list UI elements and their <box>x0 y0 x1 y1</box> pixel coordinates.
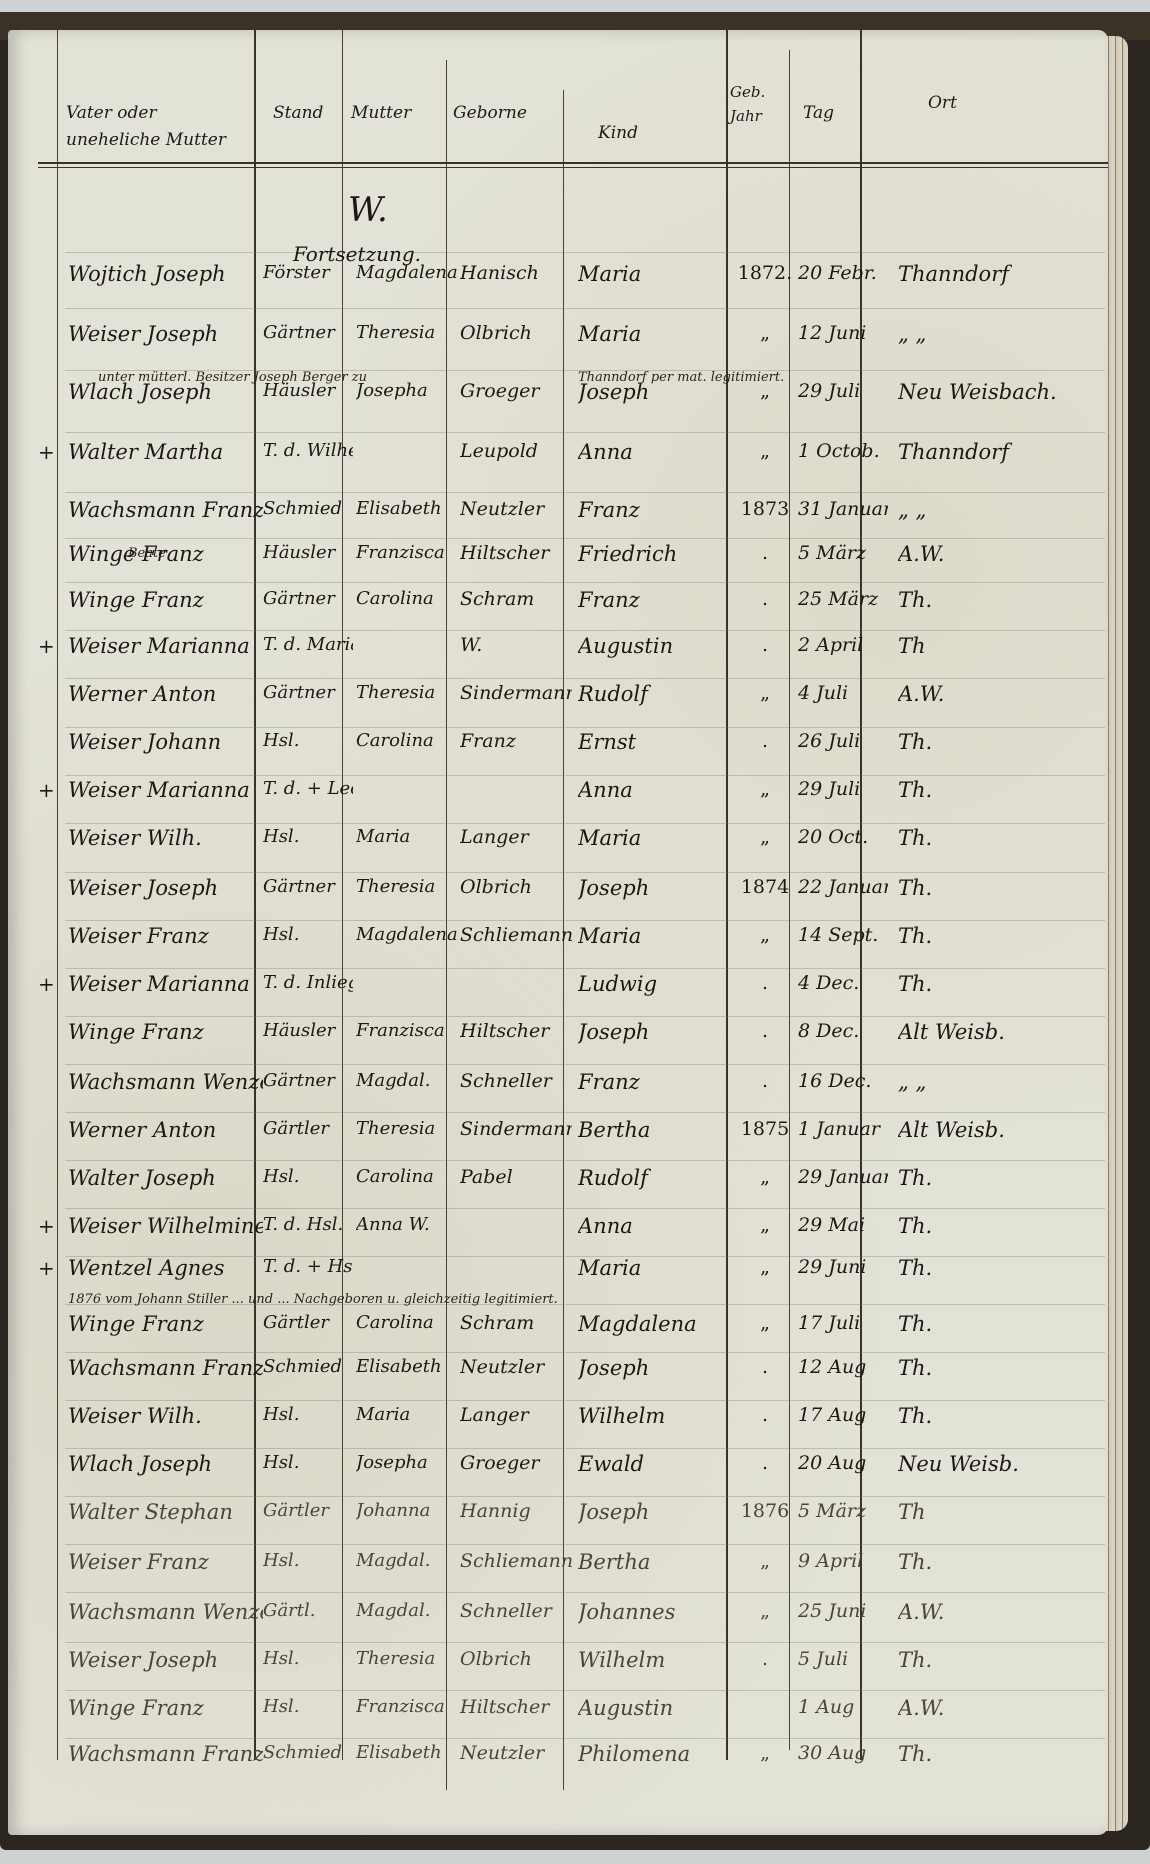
status: Schmied <box>263 498 353 519</box>
child-name: Wilhelm <box>578 1404 733 1428</box>
birth-year: 1875 <box>736 1118 794 1140</box>
father-or-mother-name: Wentzel Agnes <box>68 1256 263 1280</box>
register-row: Walter StephanGärtlerJohannaHannigJoseph… <box>8 1500 1108 1544</box>
register-row: Wachsmann FranzSchmiedElisabethNeutzlerF… <box>8 498 1108 542</box>
header-stand-column: Stand <box>273 100 323 127</box>
birth-year: . <box>736 1404 794 1426</box>
birth-day: 16 Dec. <box>798 1070 888 1092</box>
birth-day: 20 Oct. <box>798 826 888 848</box>
birth-year: „ <box>736 778 794 800</box>
birth-year: „ <box>736 1166 794 1188</box>
mother-name: Magdalena <box>356 262 458 283</box>
register-row: Weiser JosephHsl.TheresiaOlbrichWilhelm.… <box>8 1648 1108 1692</box>
mother-maiden-name: Groeger <box>460 1452 572 1474</box>
birth-year: . <box>736 972 794 994</box>
annotation-wentzel-agnes: 1876 vom Johann Stiller ... und ... Nach… <box>68 1292 558 1307</box>
ruled-line <box>65 1448 1105 1449</box>
father-or-mother-name: Weiser Joseph <box>68 322 263 346</box>
birth-day: 25 März <box>798 588 888 610</box>
status: Hsl. <box>263 1696 353 1717</box>
place: Th <box>898 1500 1098 1524</box>
child-name: Franz <box>578 1070 733 1094</box>
mother-name: Carolina <box>356 730 458 751</box>
mother-name: Johanna <box>356 1500 458 1521</box>
child-name: Ewald <box>578 1452 733 1476</box>
ruled-line <box>65 1016 1105 1017</box>
status: Gärtner <box>263 1070 353 1091</box>
child-name: Joseph <box>578 876 733 900</box>
status: Hsl. <box>263 826 353 847</box>
register-row: Weiser Wilh.Hsl.MariaLangerWilhelm.17 Au… <box>8 1404 1108 1448</box>
father-or-mother-name: Werner Anton <box>68 1118 263 1142</box>
birth-day: 2 April <box>798 634 888 656</box>
mother-name: Theresia <box>356 322 458 343</box>
birth-year: 1873 <box>736 498 794 520</box>
birth-day: 31 Januar <box>798 498 888 520</box>
birth-day: 17 Juli <box>798 1312 888 1334</box>
header-rule <box>38 167 1108 168</box>
child-name: Ludwig <box>578 972 733 996</box>
mother-name: Franzisca <box>356 542 458 563</box>
birth-day: 29 Juli <box>798 778 888 800</box>
birth-day: 25 Juni <box>798 1600 888 1622</box>
mother-name: Franzisca <box>356 1696 458 1717</box>
mother-maiden-name: Neutzler <box>460 1742 572 1764</box>
place: Th. <box>898 1312 1098 1336</box>
mother-maiden-name: Sindermann <box>460 682 572 704</box>
birth-day: 9 April <box>798 1550 888 1572</box>
mother-name: Carolina <box>356 588 458 609</box>
birth-day: 1 Aug <box>798 1696 888 1718</box>
ruled-line <box>65 308 1105 309</box>
status: Gärtl. <box>263 1600 353 1621</box>
place: Th. <box>898 1214 1098 1238</box>
father-or-mother-name: Wachsmann Franz <box>68 1356 263 1380</box>
father-or-mother-name: Walter Martha <box>68 440 263 464</box>
ruled-line <box>65 920 1105 921</box>
place: Th. <box>898 972 1098 996</box>
child-name: Maria <box>578 826 733 850</box>
child-name: Bertha <box>578 1118 733 1142</box>
mother-name: Maria <box>356 1404 458 1425</box>
status: Gärtner <box>263 876 353 897</box>
mother-maiden-name: Leupold <box>460 440 572 462</box>
place: A.W. <box>898 1600 1098 1624</box>
ruled-line <box>65 872 1105 873</box>
mother-name: Theresia <box>356 876 458 897</box>
place: Th. <box>898 1356 1098 1380</box>
status: T. d. Wilhelm <box>263 440 353 461</box>
register-row: Wachsmann WenzelGärtnerMagdal.SchnellerF… <box>8 1070 1108 1114</box>
register-row: Winge FranzHsl.FranziscaHiltscherAugusti… <box>8 1696 1108 1740</box>
father-or-mother-name: Wachsmann Wenzel <box>68 1600 263 1624</box>
mother-maiden-name: Schram <box>460 588 572 610</box>
birth-year: „ <box>736 682 794 704</box>
section-letter: W. <box>348 190 388 230</box>
birth-day: 20 Aug <box>798 1452 888 1474</box>
row-mark: + <box>38 1256 58 1280</box>
birth-year: . <box>736 1020 794 1042</box>
child-name: Rudolf <box>578 682 733 706</box>
status: Häusler <box>263 542 353 563</box>
birth-day: 29 Mai <box>798 1214 888 1236</box>
father-or-mother-name: Walter Joseph <box>68 1166 263 1190</box>
ruled-line <box>65 775 1105 776</box>
annotation-walter-martha: unter mütterl. Besitzer Joseph Berger zu <box>98 370 367 385</box>
father-or-mother-name: Wachsmann Wenzel <box>68 1070 263 1094</box>
birth-year: 1874 <box>736 876 794 898</box>
mother-name: Magdal. <box>356 1550 458 1571</box>
place: „ „ <box>898 322 1098 346</box>
header-child-column: Kind <box>598 120 638 147</box>
row-mark: + <box>38 634 58 658</box>
birth-year: . <box>736 542 794 564</box>
father-or-mother-name: Winge Franz <box>68 1696 263 1720</box>
mother-name: Maria <box>356 826 458 847</box>
father-or-mother-name: Wachsmann Franz <box>68 498 263 522</box>
status: Gärtner <box>263 588 353 609</box>
mother-name: Franzisca <box>356 1020 458 1041</box>
status: Hsl. <box>263 1452 353 1473</box>
place: A.W. <box>898 682 1098 706</box>
child-name: Maria <box>578 1256 733 1280</box>
birth-year: „ <box>736 1214 794 1236</box>
birth-year: „ <box>736 1742 794 1764</box>
mother-name: Carolina <box>356 1312 458 1333</box>
mother-name: Anna W. <box>356 1214 458 1235</box>
register-row: Wachsmann FranzSchmiedElisabethNeutzlerP… <box>8 1742 1108 1786</box>
birth-year: „ <box>736 1550 794 1572</box>
status: Gärtner <box>263 322 353 343</box>
father-or-mother-name: Winge Franz <box>68 1312 263 1336</box>
birth-day: 29 Juli <box>798 380 888 402</box>
child-name: Joseph <box>578 1020 733 1044</box>
birth-day: 14 Sept. <box>798 924 888 946</box>
header-year-column: Geb. Jahr <box>730 80 790 128</box>
mother-name: Magdal. <box>356 1600 458 1621</box>
status: Gärtler <box>263 1312 353 1333</box>
birth-day: 20 Febr. <box>798 262 888 284</box>
place: Th. <box>898 1648 1098 1672</box>
status: Hsl. <box>263 1550 353 1571</box>
status: T. d. Hsl. <box>263 1214 353 1235</box>
birth-day: 4 Dec. <box>798 972 888 994</box>
birth-year: . <box>736 1070 794 1092</box>
mother-maiden-name: Olbrich <box>460 1648 572 1670</box>
mother-maiden-name: Groeger <box>460 380 572 402</box>
register-row: Weiser FranzHsl.MagdalenaSchliemannMaria… <box>8 924 1108 968</box>
father-or-mother-name: Walter Stephan <box>68 1500 263 1524</box>
mother-maiden-name: Hanisch <box>460 262 572 284</box>
place: A.W. <box>898 1696 1098 1720</box>
birth-year: . <box>736 1648 794 1670</box>
ruled-line <box>65 823 1105 824</box>
register-row: Winge FranzHäuslerFranziscaHiltscherJose… <box>8 1020 1108 1064</box>
father-or-mother-name: Weiser Marianna <box>68 634 263 658</box>
mother-maiden-name: Olbrich <box>460 876 572 898</box>
child-name: Franz <box>578 588 733 612</box>
row-mark: + <box>38 1214 58 1238</box>
header-name-column: Vater oder uneheliche Mutter <box>66 100 251 154</box>
register-row: Weiser Wilh.Hsl.MariaLangerMaria„20 Oct.… <box>8 826 1108 870</box>
place: Th. <box>898 1166 1098 1190</box>
header-born-column: Geborne <box>453 100 527 127</box>
header-rule <box>38 162 1108 164</box>
place: Neu Weisbach. <box>898 380 1098 404</box>
birth-year: „ <box>736 826 794 848</box>
birth-year: . <box>736 1356 794 1378</box>
father-or-mother-name: Weiser Wilh. <box>68 1404 263 1428</box>
child-name: Philomena <box>578 1742 733 1766</box>
ruled-line <box>65 678 1105 679</box>
father-or-mother-name: Werner Anton <box>68 682 263 706</box>
ruled-line <box>65 1496 1105 1497</box>
register-row: +Weiser MariannaT. d. Inlieg. LeopoldLud… <box>8 972 1108 1016</box>
place: A.W. <box>898 542 1098 566</box>
mother-maiden-name: Schliemann <box>460 924 572 946</box>
ruled-line <box>65 1400 1105 1401</box>
mother-maiden-name: Hiltscher <box>460 542 572 564</box>
birth-year: 1876 <box>736 1500 794 1522</box>
birth-day: 30 Aug <box>798 1742 888 1764</box>
row-mark: + <box>38 778 58 802</box>
mother-maiden-name: Neutzler <box>460 498 572 520</box>
status: Schmied <box>263 1356 353 1377</box>
father-or-mother-name: Weiser Marianna <box>68 778 263 802</box>
child-name: Wilhelm <box>578 1648 733 1672</box>
register-row: Weiser FranzHsl.Magdal.SchliemannBertha„… <box>8 1550 1108 1594</box>
register-row: Weiser JohannHsl.CarolinaFranzErnst.26 J… <box>8 730 1108 774</box>
child-name: Augustin <box>578 1696 733 1720</box>
father-or-mother-name: Wlach Joseph <box>68 1452 263 1476</box>
birth-year: „ <box>736 924 794 946</box>
father-or-mother-name: Weiser Joseph <box>68 876 263 900</box>
birth-day: 1 Januar <box>798 1118 888 1140</box>
place: Th. <box>898 730 1098 754</box>
status: Gärtler <box>263 1118 353 1139</box>
status: Gärtler <box>263 1500 353 1521</box>
place: Th. <box>898 778 1098 802</box>
child-name: Ernst <box>578 730 733 754</box>
register-row: Werner AntonGärtnerTheresiaSindermannRud… <box>8 682 1108 726</box>
mother-name: Josepha <box>356 1452 458 1473</box>
birth-year: 1872. <box>736 262 794 284</box>
father-or-mother-name: Wachsmann Franz <box>68 1742 263 1766</box>
birth-day: 8 Dec. <box>798 1020 888 1042</box>
ruled-line <box>65 1544 1105 1545</box>
mother-maiden-name: Langer <box>460 826 572 848</box>
annotation-weiser-beate: Beate <box>128 546 166 561</box>
place: Alt Weisb. <box>898 1118 1098 1142</box>
birth-day: 5 März <box>798 542 888 564</box>
status: Hsl. <box>263 1166 353 1187</box>
place: Thanndorf <box>898 262 1098 286</box>
child-name: Friedrich <box>578 542 733 566</box>
child-name: Franz <box>578 498 733 522</box>
mother-maiden-name: Hiltscher <box>460 1696 572 1718</box>
child-name: Augustin <box>578 634 733 658</box>
birth-day: 12 Juni <box>798 322 888 344</box>
mother-name: Magdalena <box>356 924 458 945</box>
place: Th. <box>898 1550 1098 1574</box>
mother-maiden-name: Sindermann <box>460 1118 572 1140</box>
register-row: Wojtich JosephFörsterMagdalenaHanischMar… <box>8 262 1108 306</box>
place: Th. <box>898 1404 1098 1428</box>
mother-name: Elisabeth <box>356 1742 458 1763</box>
birth-year: „ <box>736 440 794 462</box>
place: Th. <box>898 924 1098 948</box>
child-name: Maria <box>578 262 733 286</box>
birth-day: 1 Octob. <box>798 440 888 462</box>
mother-name: Carolina <box>356 1166 458 1187</box>
mother-name: Josepha <box>356 380 458 401</box>
child-name: Joseph <box>578 1356 733 1380</box>
register-row: Weiser JosephGärtnerTheresiaOlbrichJosep… <box>8 876 1108 920</box>
status: Förster <box>263 262 353 283</box>
mother-name: Elisabeth <box>356 498 458 519</box>
birth-year: . <box>736 1452 794 1474</box>
birth-day: 26 Juli <box>798 730 888 752</box>
register-row: +Walter MarthaT. d. WilhelmLeupoldAnna„1… <box>8 440 1108 484</box>
register-row: Wlach JosephHäuslerJosephaGroegerJoseph„… <box>8 380 1108 424</box>
mother-name: Theresia <box>356 682 458 703</box>
child-name: Anna <box>578 778 733 802</box>
place: Neu Weisb. <box>898 1452 1098 1476</box>
birth-day: 5 März <box>798 1500 888 1522</box>
register-row: Winge FranzGärtnerCarolinaSchramFranz.25… <box>8 588 1108 632</box>
register-row: +Weiser MariannaT. d. + Leopold W.Anna„2… <box>8 778 1108 822</box>
father-or-mother-name: Winge Franz <box>68 1020 263 1044</box>
child-name: Bertha <box>578 1550 733 1574</box>
register-row: Wachsmann FranzSchmiedElisabethNeutzlerJ… <box>8 1356 1108 1400</box>
mother-maiden-name: Schneller <box>460 1600 572 1622</box>
mother-name: Elisabeth <box>356 1356 458 1377</box>
mother-maiden-name: Franz <box>460 730 572 752</box>
birth-year: „ <box>736 322 794 344</box>
register-row: Weiser JosephGärtnerTheresiaOlbrichMaria… <box>8 322 1108 366</box>
mother-name: Theresia <box>356 1118 458 1139</box>
father-or-mother-name: Wojtich Joseph <box>68 262 263 286</box>
father-or-mother-name: Weiser Wilh. <box>68 826 263 850</box>
mother-maiden-name: Schram <box>460 1312 572 1334</box>
birth-year: „ <box>736 1600 794 1622</box>
status: Schmied <box>263 1742 353 1763</box>
birth-day: 29 Januar <box>798 1166 888 1188</box>
place: Th. <box>898 876 1098 900</box>
mother-maiden-name: Hiltscher <box>460 1020 572 1042</box>
birth-year: . <box>736 634 794 656</box>
child-name: Anna <box>578 1214 733 1238</box>
ruled-line <box>65 432 1105 433</box>
ruled-line <box>65 1064 1105 1065</box>
birth-day: 29 Juni <box>798 1256 888 1278</box>
mother-maiden-name: Neutzler <box>460 1356 572 1378</box>
register-row: Wlach JosephHsl.JosephaGroegerEwald.20 A… <box>8 1452 1108 1496</box>
ruled-line <box>65 252 1105 253</box>
birth-day: 5 Juli <box>798 1648 888 1670</box>
place: Th. <box>898 1742 1098 1766</box>
place: Th. <box>898 588 1098 612</box>
birth-day: 4 Juli <box>798 682 888 704</box>
child-name: Rudolf <box>578 1166 733 1190</box>
header-day-column: Tag <box>803 100 834 127</box>
register-row: Winge FranzGärtlerCarolinaSchramMagdalen… <box>8 1312 1108 1356</box>
ruled-line <box>65 727 1105 728</box>
place: „ „ <box>898 498 1098 522</box>
header-mother-column: Mutter <box>351 100 411 127</box>
register-page: Vater oder uneheliche Mutter Stand Mutte… <box>8 30 1108 1835</box>
father-or-mother-name: Weiser Franz <box>68 1550 263 1574</box>
place: Thanndorf <box>898 440 1098 464</box>
father-or-mother-name: Winge Franz <box>68 588 263 612</box>
status: Häusler <box>263 1020 353 1041</box>
register-row: +Weiser WilhelmineT. d. Hsl.Anna W.Anna„… <box>8 1214 1108 1258</box>
birth-year: „ <box>736 1256 794 1278</box>
mother-maiden-name: Langer <box>460 1404 572 1426</box>
row-mark: + <box>38 972 58 996</box>
status: T. d. Marianna <box>263 634 353 655</box>
ruled-line <box>65 968 1105 969</box>
mother-maiden-name: Pabel <box>460 1166 572 1188</box>
father-or-mother-name: Weiser Joseph <box>68 1648 263 1672</box>
register-row: Werner AntonGärtlerTheresiaSindermannBer… <box>8 1118 1108 1162</box>
mother-name: Theresia <box>356 1648 458 1669</box>
birth-day: 22 Januar <box>798 876 888 898</box>
birth-day: 17 Aug <box>798 1404 888 1426</box>
status: Hsl. <box>263 924 353 945</box>
register-row: Winge FranzHäuslerFranziscaHiltscherFrie… <box>8 542 1108 586</box>
place: Th <box>898 634 1098 658</box>
birth-year: . <box>736 730 794 752</box>
status: Hsl. <box>263 1648 353 1669</box>
father-or-mother-name: Weiser Wilhelmine <box>68 1214 263 1238</box>
child-name: Anna <box>578 440 733 464</box>
child-name: Maria <box>578 322 733 346</box>
child-name: Johannes <box>578 1600 733 1624</box>
status: Hsl. <box>263 1404 353 1425</box>
child-name: Joseph <box>578 1500 733 1524</box>
register-row: +Weiser MariannaT. d. MariannaW.Augustin… <box>8 634 1108 678</box>
birth-year: „ <box>736 1312 794 1334</box>
status: Gärtner <box>263 682 353 703</box>
register-row: Wachsmann WenzelGärtl.Magdal.SchnellerJo… <box>8 1600 1108 1644</box>
mother-maiden-name: Schneller <box>460 1070 572 1092</box>
header-place-column: Ort <box>928 90 957 117</box>
mother-maiden-name: Olbrich <box>460 322 572 344</box>
place: Th. <box>898 826 1098 850</box>
father-or-mother-name: Weiser Franz <box>68 924 263 948</box>
status: T. d. + Leopold W. <box>263 778 353 799</box>
status: Hsl. <box>263 730 353 751</box>
mother-maiden-name: W. <box>460 634 572 656</box>
birth-year: . <box>736 588 794 610</box>
place: Th. <box>898 1256 1098 1280</box>
father-or-mother-name: Weiser Marianna <box>68 972 263 996</box>
child-name: Maria <box>578 924 733 948</box>
annotation-walter-martha-legit: Thanndorf per mat. legitimiert. <box>578 370 784 385</box>
status: T. d. + Hsl. Johann W. <box>263 1256 353 1277</box>
row-mark: + <box>38 440 58 464</box>
status: T. d. Inlieg. Leopold <box>263 972 353 993</box>
mother-maiden-name: Schliemann <box>460 1550 572 1572</box>
place: „ „ <box>898 1070 1098 1094</box>
register-row: Walter JosephHsl.CarolinaPabelRudolf„29 … <box>8 1166 1108 1210</box>
ruled-line <box>65 492 1105 493</box>
child-name: Magdalena <box>578 1312 733 1336</box>
father-or-mother-name: Weiser Johann <box>68 730 263 754</box>
birth-day: 12 Aug <box>798 1356 888 1378</box>
place: Alt Weisb. <box>898 1020 1098 1044</box>
